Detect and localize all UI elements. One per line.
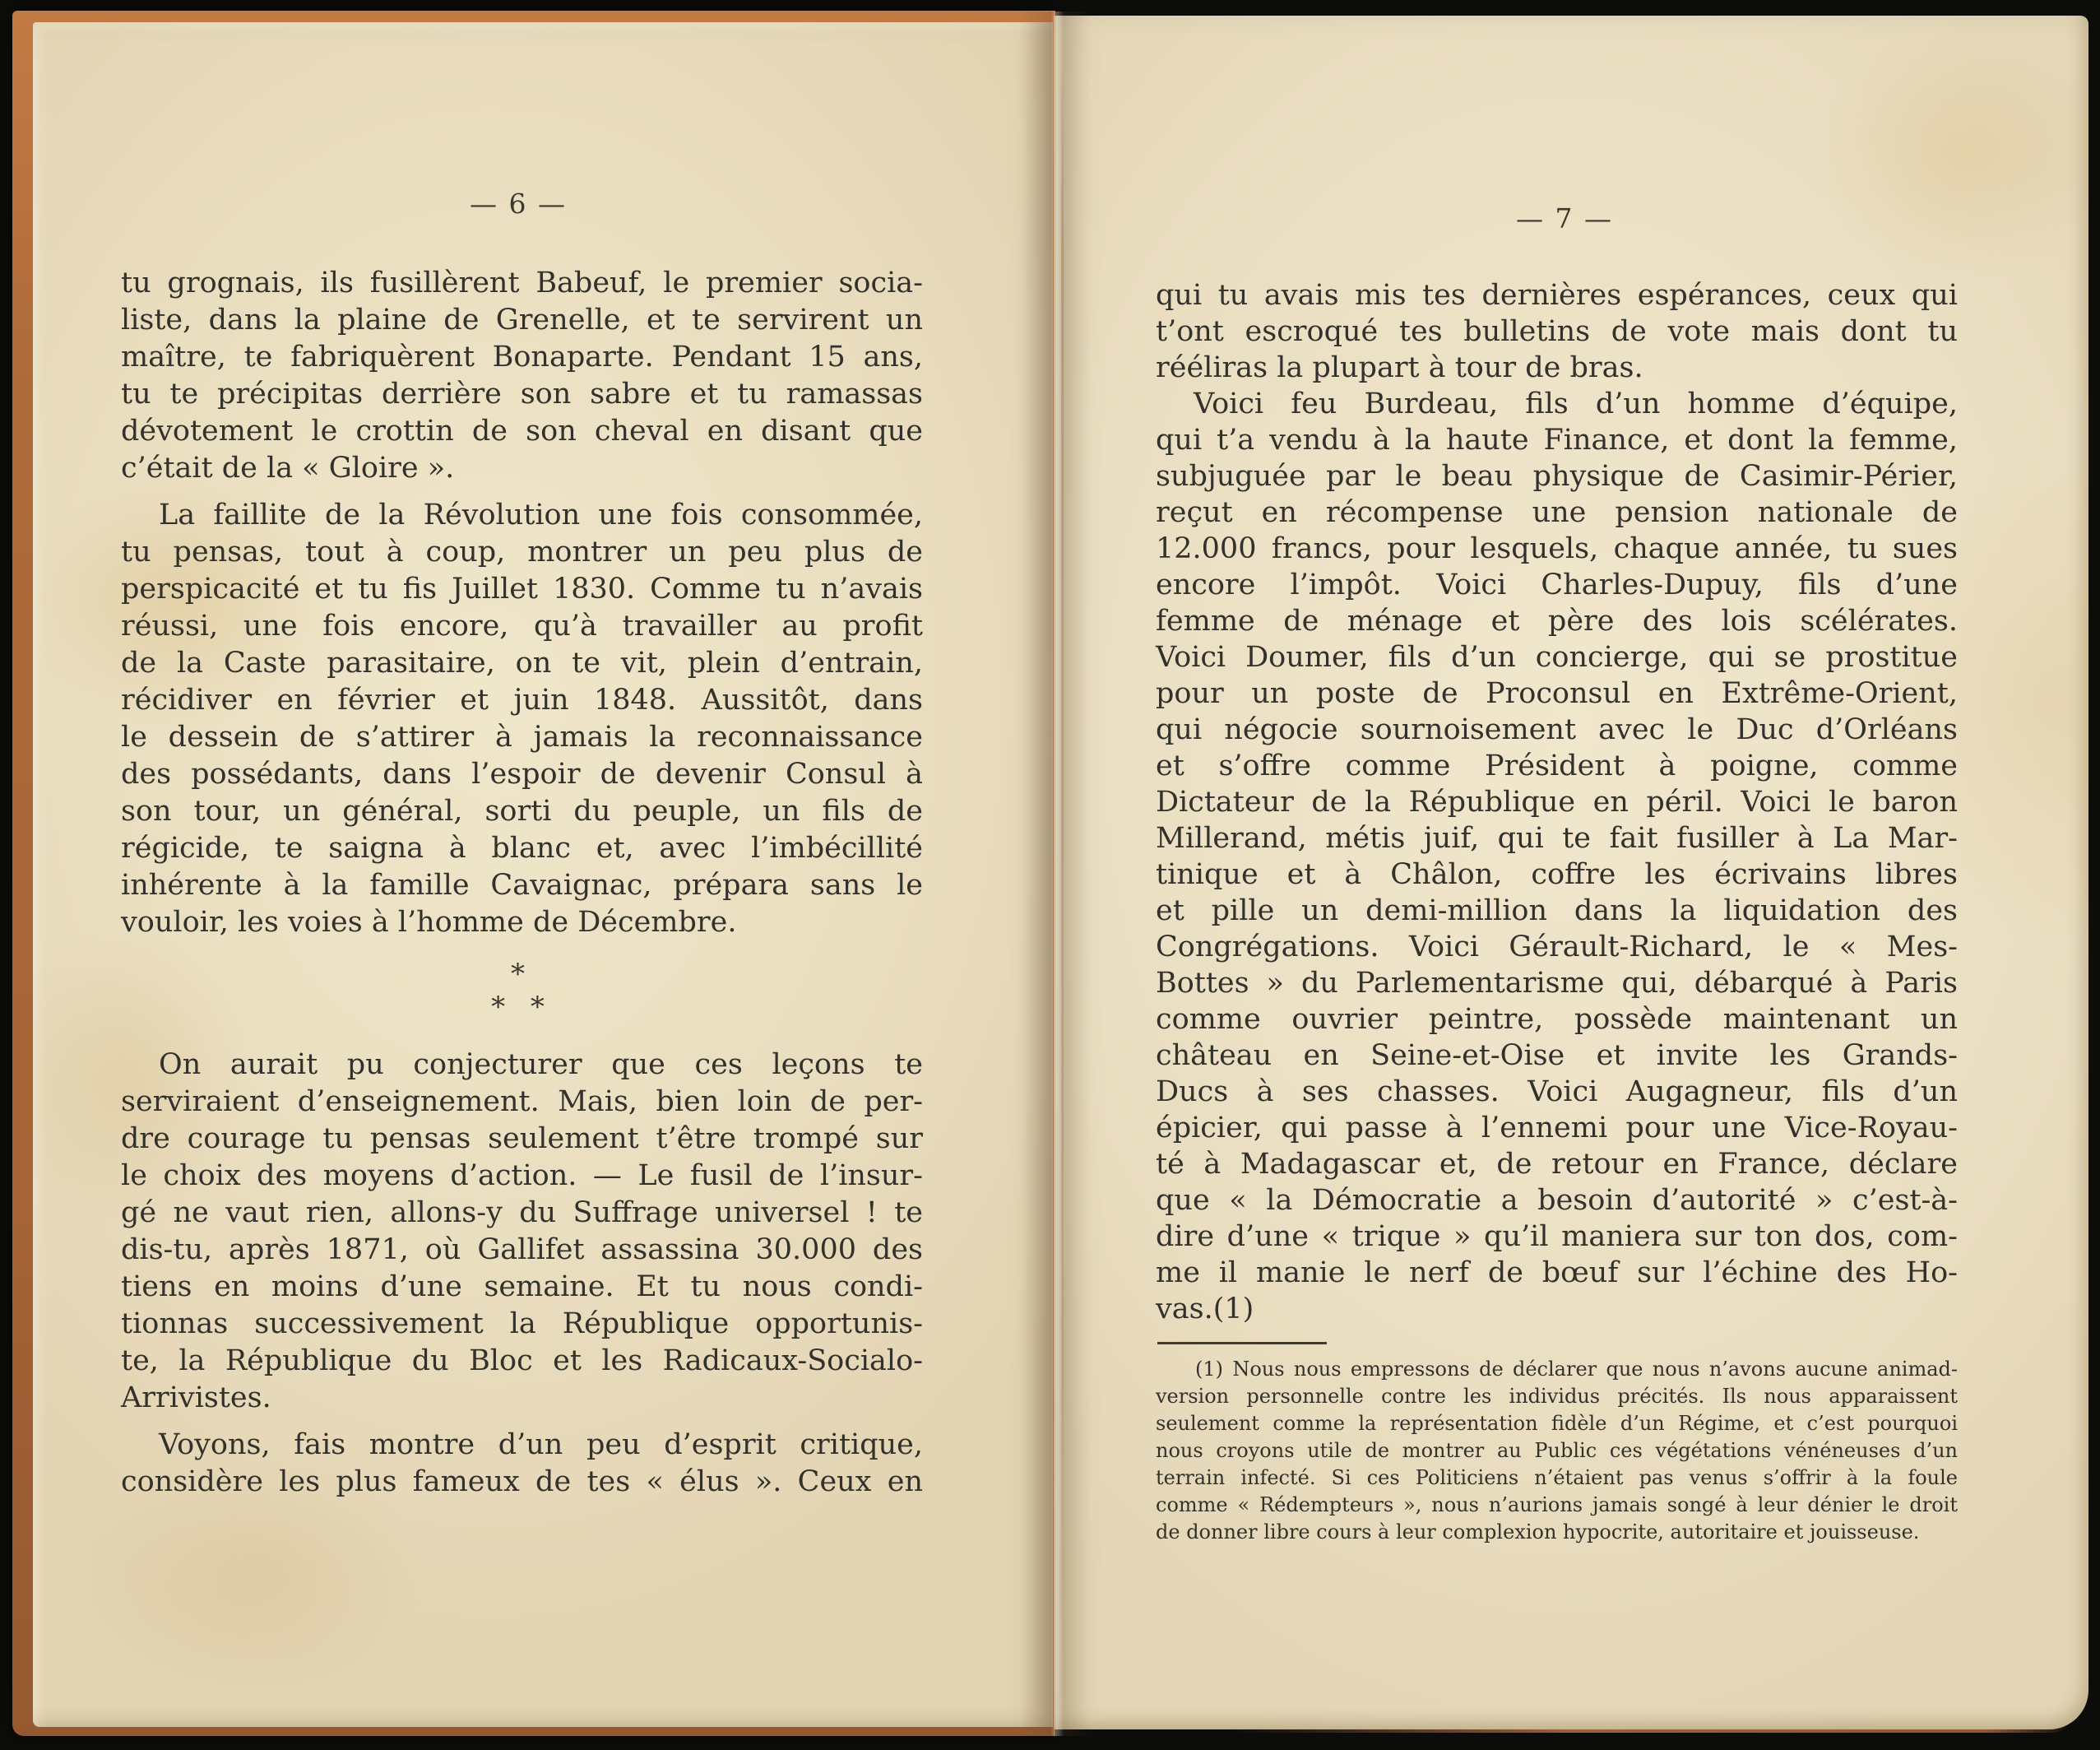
text-line: Bottes » du Parlementarisme qui, débarqu… xyxy=(1156,965,1958,1001)
paragraph: On aurait pu conjecturer que ces leçons … xyxy=(121,1047,923,1417)
text-line: considère les plus fameux de tes « élus … xyxy=(121,1464,923,1501)
text-line: version personnelle contre les individus… xyxy=(1156,1383,1958,1410)
text-line: tionnas successivement la République opp… xyxy=(121,1306,923,1343)
asterisk-divider: ** * xyxy=(121,958,923,1024)
text-line: comme ouvrier peintre, possède maintenan… xyxy=(1156,1001,1958,1037)
text-line: serviraient d’enseignement. Mais, bien l… xyxy=(121,1084,923,1121)
text-line: Ducs à ses chasses. Voici Augagneur, fil… xyxy=(1156,1074,1958,1110)
text-line: tu grognais, ils fusillèrent Babeuf, le … xyxy=(121,265,923,302)
text-line: et pille un demi-million dans la liquida… xyxy=(1156,893,1958,929)
text-line: nous croyons utile de montrer au Public … xyxy=(1156,1437,1958,1465)
paragraph: qui tu avais mis tes dernières espérance… xyxy=(1156,277,1958,386)
text-line: Voici Doumer, fils d’un concierge, qui s… xyxy=(1156,639,1958,675)
footnote-text: (1) Nous nous empressons de déclarer que… xyxy=(1156,1356,1958,1546)
text-line: Congrégations. Voici Gérault-Richard, le… xyxy=(1156,929,1958,965)
paragraph: Voyons, fais montre d’un peu d’esprit cr… xyxy=(121,1427,923,1501)
page-number-right: — 7 — xyxy=(1047,202,2082,234)
asterisk-row: * xyxy=(121,958,923,991)
paragraph: (1) Nous nous empressons de déclarer que… xyxy=(1156,1356,1958,1546)
text-line: tinique et à Châlon, coffre les écrivain… xyxy=(1156,856,1958,893)
page-7: — 7 — qui tu avais mis tes dernières esp… xyxy=(1054,16,2088,1729)
text-line: vouloir, les voies à l’homme de Décembre… xyxy=(121,904,923,941)
text-line: Dictateur de la République en péril. Voi… xyxy=(1156,784,1958,820)
text-line: dis-tu, après 1871, où Gallifet assassin… xyxy=(121,1232,923,1269)
text-line: qui tu avais mis tes dernières espérance… xyxy=(1156,277,1958,313)
page-7-text: qui tu avais mis tes dernières espérance… xyxy=(1156,277,1958,1327)
text-line: dre courage tu pensas seulement t’être t… xyxy=(121,1121,923,1158)
asterisk-row: * * xyxy=(121,991,923,1024)
text-line: et s’offre comme Président à poigne, com… xyxy=(1156,748,1958,784)
text-line: gé ne vaut rien, allons-y du Suffrage un… xyxy=(121,1195,923,1232)
text-line: inhérente à la famille Cavaignac, prépar… xyxy=(121,867,923,904)
text-line: de la Caste parasitaire, on te vit, plei… xyxy=(121,645,923,682)
text-line: le choix des moyens d’action. — Le fusil… xyxy=(121,1158,923,1195)
text-line: La faillite de la Révolution une fois co… xyxy=(121,497,923,534)
text-line: me il manie le nerf de bœuf sur l’échine… xyxy=(1156,1255,1958,1291)
text-line: (1) Nous nous empressons de déclarer que… xyxy=(1156,1356,1958,1383)
text-line: rééliras la plupart à tour de bras. xyxy=(1156,350,1958,386)
paragraph: La faillite de la Révolution une fois co… xyxy=(121,497,923,941)
text-line: subjuguée par le beau physique de Casimi… xyxy=(1156,458,1958,494)
text-line: qui t’a vendu à la haute Finance, et don… xyxy=(1156,422,1958,458)
book-scan: — 6 — tu grognais, ils fusillèrent Babeu… xyxy=(0,0,2100,1750)
page-6: — 6 — tu grognais, ils fusillèrent Babeu… xyxy=(33,22,1053,1727)
text-line: le dessein de s’attirer à jamais la reco… xyxy=(121,719,923,756)
text-line: terrain infecté. Si ces Politiciens n’ét… xyxy=(1156,1465,1958,1492)
text-line: Millerand, métis juif, qui te fait fusil… xyxy=(1156,820,1958,856)
footnote: (1) Nous nous empressons de déclarer que… xyxy=(1156,1342,1958,1556)
paragraph: Voici feu Burdeau, fils d’un homme d’équ… xyxy=(1156,386,1958,1327)
text-line: de donner libre cours à leur complexion … xyxy=(1156,1519,1958,1546)
text-line: liste, dans la plaine de Grenelle, et te… xyxy=(121,302,923,339)
text-line: qui négocie sournoisement avec le Duc d’… xyxy=(1156,712,1958,748)
text-line: son tour, un général, sorti du peuple, u… xyxy=(121,793,923,830)
page-6-text: tu grognais, ils fusillèrent Babeuf, le … xyxy=(121,265,923,1511)
text-line: On aurait pu conjecturer que ces leçons … xyxy=(121,1047,923,1084)
paragraph: tu grognais, ils fusillèrent Babeuf, le … xyxy=(121,265,923,487)
text-line: vas.(1) xyxy=(1156,1291,1958,1327)
text-line: Voyons, fais montre d’un peu d’esprit cr… xyxy=(121,1427,923,1464)
text-line: 12.000 francs, pour lesquels, chaque ann… xyxy=(1156,531,1958,567)
text-line: dire d’une « trique » qu’il maniera sur … xyxy=(1156,1219,1958,1255)
text-line: comme « Rédempteurs », nous n’aurions ja… xyxy=(1156,1492,1958,1519)
text-line: dévotement le crottin de son cheval en d… xyxy=(121,413,923,450)
text-line: femme de ménage et père des lois scéléra… xyxy=(1156,603,1958,639)
text-line: régicide, te saigna à blanc et, avec l’i… xyxy=(121,830,923,867)
text-line: c’était de la « Gloire ». xyxy=(121,450,923,487)
text-line: réussi, une fois encore, qu’à travailler… xyxy=(121,608,923,645)
text-line: te, la République du Bloc et les Radicau… xyxy=(121,1343,923,1380)
text-line: Voici feu Burdeau, fils d’un homme d’équ… xyxy=(1156,386,1958,422)
text-line: château en Seine-et-Oise et invite les G… xyxy=(1156,1037,1958,1074)
page-number-left: — 6 — xyxy=(8,188,1028,220)
footnote-rule xyxy=(1157,1342,1327,1344)
text-line: tu te précipitas derrière son sabre et t… xyxy=(121,376,923,413)
text-line: té à Madagascar et, de retour en France,… xyxy=(1156,1146,1958,1182)
text-line: maître, te fabriquèrent Bonaparte. Penda… xyxy=(121,339,923,376)
text-line: reçut en récompense une pension national… xyxy=(1156,494,1958,531)
text-line: tu pensas, tout à coup, montrer un peu p… xyxy=(121,534,923,571)
text-line: épicier, qui passe à l’ennemi pour une V… xyxy=(1156,1110,1958,1146)
text-line: Arrivistes. xyxy=(121,1380,923,1417)
text-line: pour un poste de Proconsul en Extrême-Or… xyxy=(1156,675,1958,712)
text-line: encore l’impôt. Voici Charles-Dupuy, fil… xyxy=(1156,567,1958,603)
text-line: seulement comme la représentation fidèle… xyxy=(1156,1410,1958,1437)
text-line: perspicacité et tu fis Juillet 1830. Com… xyxy=(121,571,923,608)
text-line: tiens en moins d’une semaine. Et tu nous… xyxy=(121,1269,923,1306)
text-line: que « la Démocratie a besoin d’autorité … xyxy=(1156,1182,1958,1219)
text-line: des possédants, dans l’espoir de devenir… xyxy=(121,756,923,793)
text-line: récidiver en février et juin 1848. Aussi… xyxy=(121,682,923,719)
text-line: t’ont escroqué tes bulletins de vote mai… xyxy=(1156,313,1958,350)
